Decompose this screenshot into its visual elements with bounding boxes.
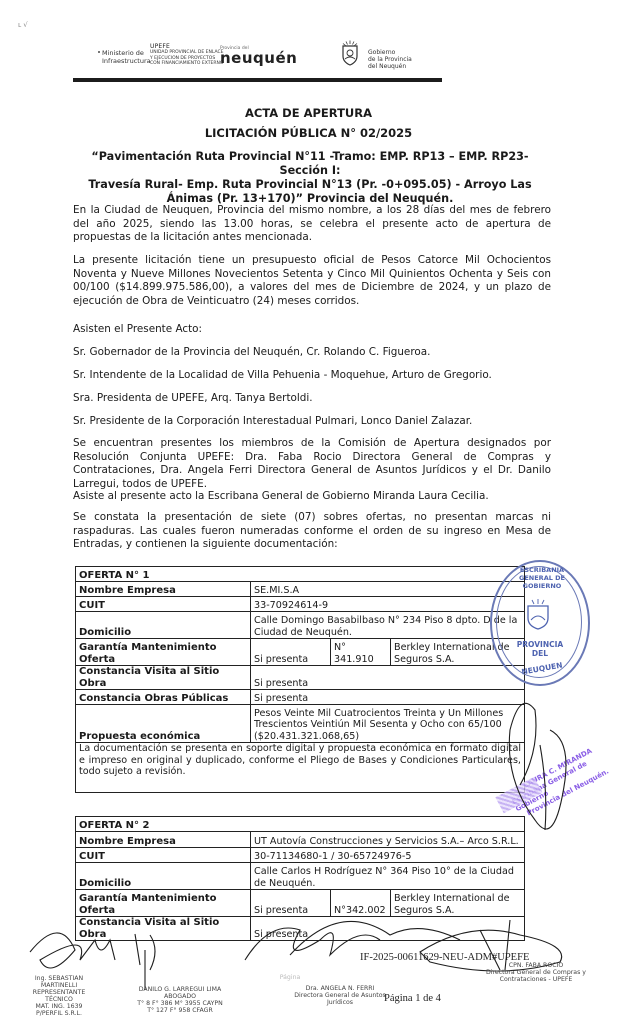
gobierno-logo: Gobierno de la Provincia del Neuquén [368, 49, 412, 70]
attendee-item: Sr. Gobernador de la Provincia del Neuqu… [73, 346, 430, 358]
document-title: ACTA DE APERTURA [0, 106, 617, 120]
label-domicilio: Domicilio [76, 612, 251, 639]
upefe-line: UNIDAD PROVINCIAL DE ENLACE [150, 50, 223, 56]
value-domicilio: Calle Domingo Basabilbaso N° 234 Piso 8 … [251, 612, 525, 639]
attendee-item: Sr. Presidente de la Corporación Interes… [73, 415, 472, 427]
paragraph-presupuesto: La presente licitación tiene un presupue… [73, 254, 551, 308]
paragraph-sobres: Se constata la presentación de siete (07… [73, 511, 551, 552]
signature-name: CPN. FABA ROCIO [486, 962, 586, 969]
signature-line: MAT. ING. 1639 [18, 1003, 100, 1010]
attendee-item: Sra. Presidenta de UPEFE, Arq. Tanya Ber… [73, 392, 313, 404]
paragraph-apertura: En la Ciudad de Neuquen, Provincia del m… [73, 204, 551, 245]
label-empresa: Nombre Empresa [76, 582, 251, 597]
stamp-crest-icon [523, 598, 553, 630]
value-visita: Si presenta [251, 666, 525, 690]
stamp-center-text: PROVINCIA [516, 640, 564, 649]
provincial-crest-icon [339, 40, 361, 66]
licitacion-title: LICITACIÓN PÚBLICA N° 02/2025 [0, 126, 617, 140]
asisten-label: Asisten el Presente Acto: [73, 323, 202, 335]
signature-line: Directora General de Asuntos Jurídicos [290, 992, 390, 1006]
value-garantia-numero: N° 341.910 [331, 639, 391, 666]
stamp-top-text: ESCRIBANIA GENERAL DE GOBIERNO [507, 566, 577, 590]
signature-ferri: Dra. ANGELA N. FERRI Directora General d… [290, 985, 390, 1006]
paragraph-escribana: Asiste al presente acto la Escribana Gen… [73, 490, 489, 502]
signature-line: P/PERFIL S.R.L. [18, 1010, 100, 1017]
upefe-line: CON FINANCIAMIENTO EXTERNO [150, 61, 223, 67]
gobierno-line: del Neuquén [368, 63, 412, 70]
ministerio-line: Infraestructura [102, 58, 151, 66]
gobierno-line: Gobierno [368, 49, 412, 56]
signature-line: Contrataciones - UPEFE [486, 976, 586, 983]
signature-name: Ing. SEBASTIAN MARTINELLI [18, 975, 100, 989]
attendee-item: Sr. Intendente de la Localidad de Villa … [73, 369, 492, 381]
header-divider [73, 78, 442, 82]
signature-name: DANILO G. LARREGUI LIMA [130, 986, 230, 993]
upefe-name: UPEFE [150, 43, 223, 50]
paragraph-comision: Se encuentran presentes los miembros de … [73, 437, 551, 491]
document-code: IF-2025-00611629-NEU-ADM#UPEFE [360, 952, 529, 963]
value-garantia-estado: Si presenta [251, 639, 331, 666]
value-cuit: 33-70924614-9 [251, 597, 525, 612]
signature-line: REPRESENTANTE TÉCNICO [18, 989, 100, 1003]
neuquen-logo: Provincia del neuquén [220, 46, 297, 65]
ministerio-logo: Ministerio de Infraestructura [102, 50, 151, 65]
label-garantia: Garantía Mantenimiento Oferta [76, 639, 251, 666]
upefe-logo: UPEFE UNIDAD PROVINCIAL DE ENLACE Y EJEC… [150, 43, 223, 67]
gobierno-line: de la Provincia [368, 56, 412, 63]
neuquen-name: neuquén [220, 51, 297, 65]
page-number: Página 1 de 4 [384, 993, 441, 1004]
label-visita: Constancia Visita al Sitio Obra [76, 666, 251, 690]
corner-mark: ւ √ [18, 21, 28, 29]
obra-line: “Pavimentación Ruta Provincial N°11 -Tra… [70, 150, 550, 178]
signature-faba: CPN. FABA ROCIO Directora General de Com… [486, 962, 586, 983]
stamp-center2-text: DEL [516, 649, 564, 658]
offer-heading: OFERTA N° 1 [76, 567, 525, 582]
signature-larregui: DANILO G. LARREGUI LIMA ABOGADO T° 8 F° … [130, 986, 230, 1014]
obra-line: Travesía Rural- Emp. Ruta Provincial N°1… [70, 178, 550, 192]
signature-line: T° 127 F° 958 CFAGR [130, 1007, 230, 1014]
label-cuit: CUIT [76, 597, 251, 612]
obra-title: “Pavimentación Ruta Provincial N°11 -Tra… [70, 150, 550, 206]
signature-name: Dra. ANGELA N. FERRI [290, 985, 390, 992]
signature-line: T° 8 F° 386 M° 3955 CAYPN [130, 1000, 230, 1007]
signature-line: Directora General de Compras y [486, 969, 586, 976]
page-faded-label: Página [278, 974, 302, 981]
signature-line: ABOGADO [130, 993, 230, 1000]
value-empresa: SE.MI.S.A [251, 582, 525, 597]
signature-martinelli: Ing. SEBASTIAN MARTINELLI REPRESENTANTE … [18, 975, 100, 1017]
